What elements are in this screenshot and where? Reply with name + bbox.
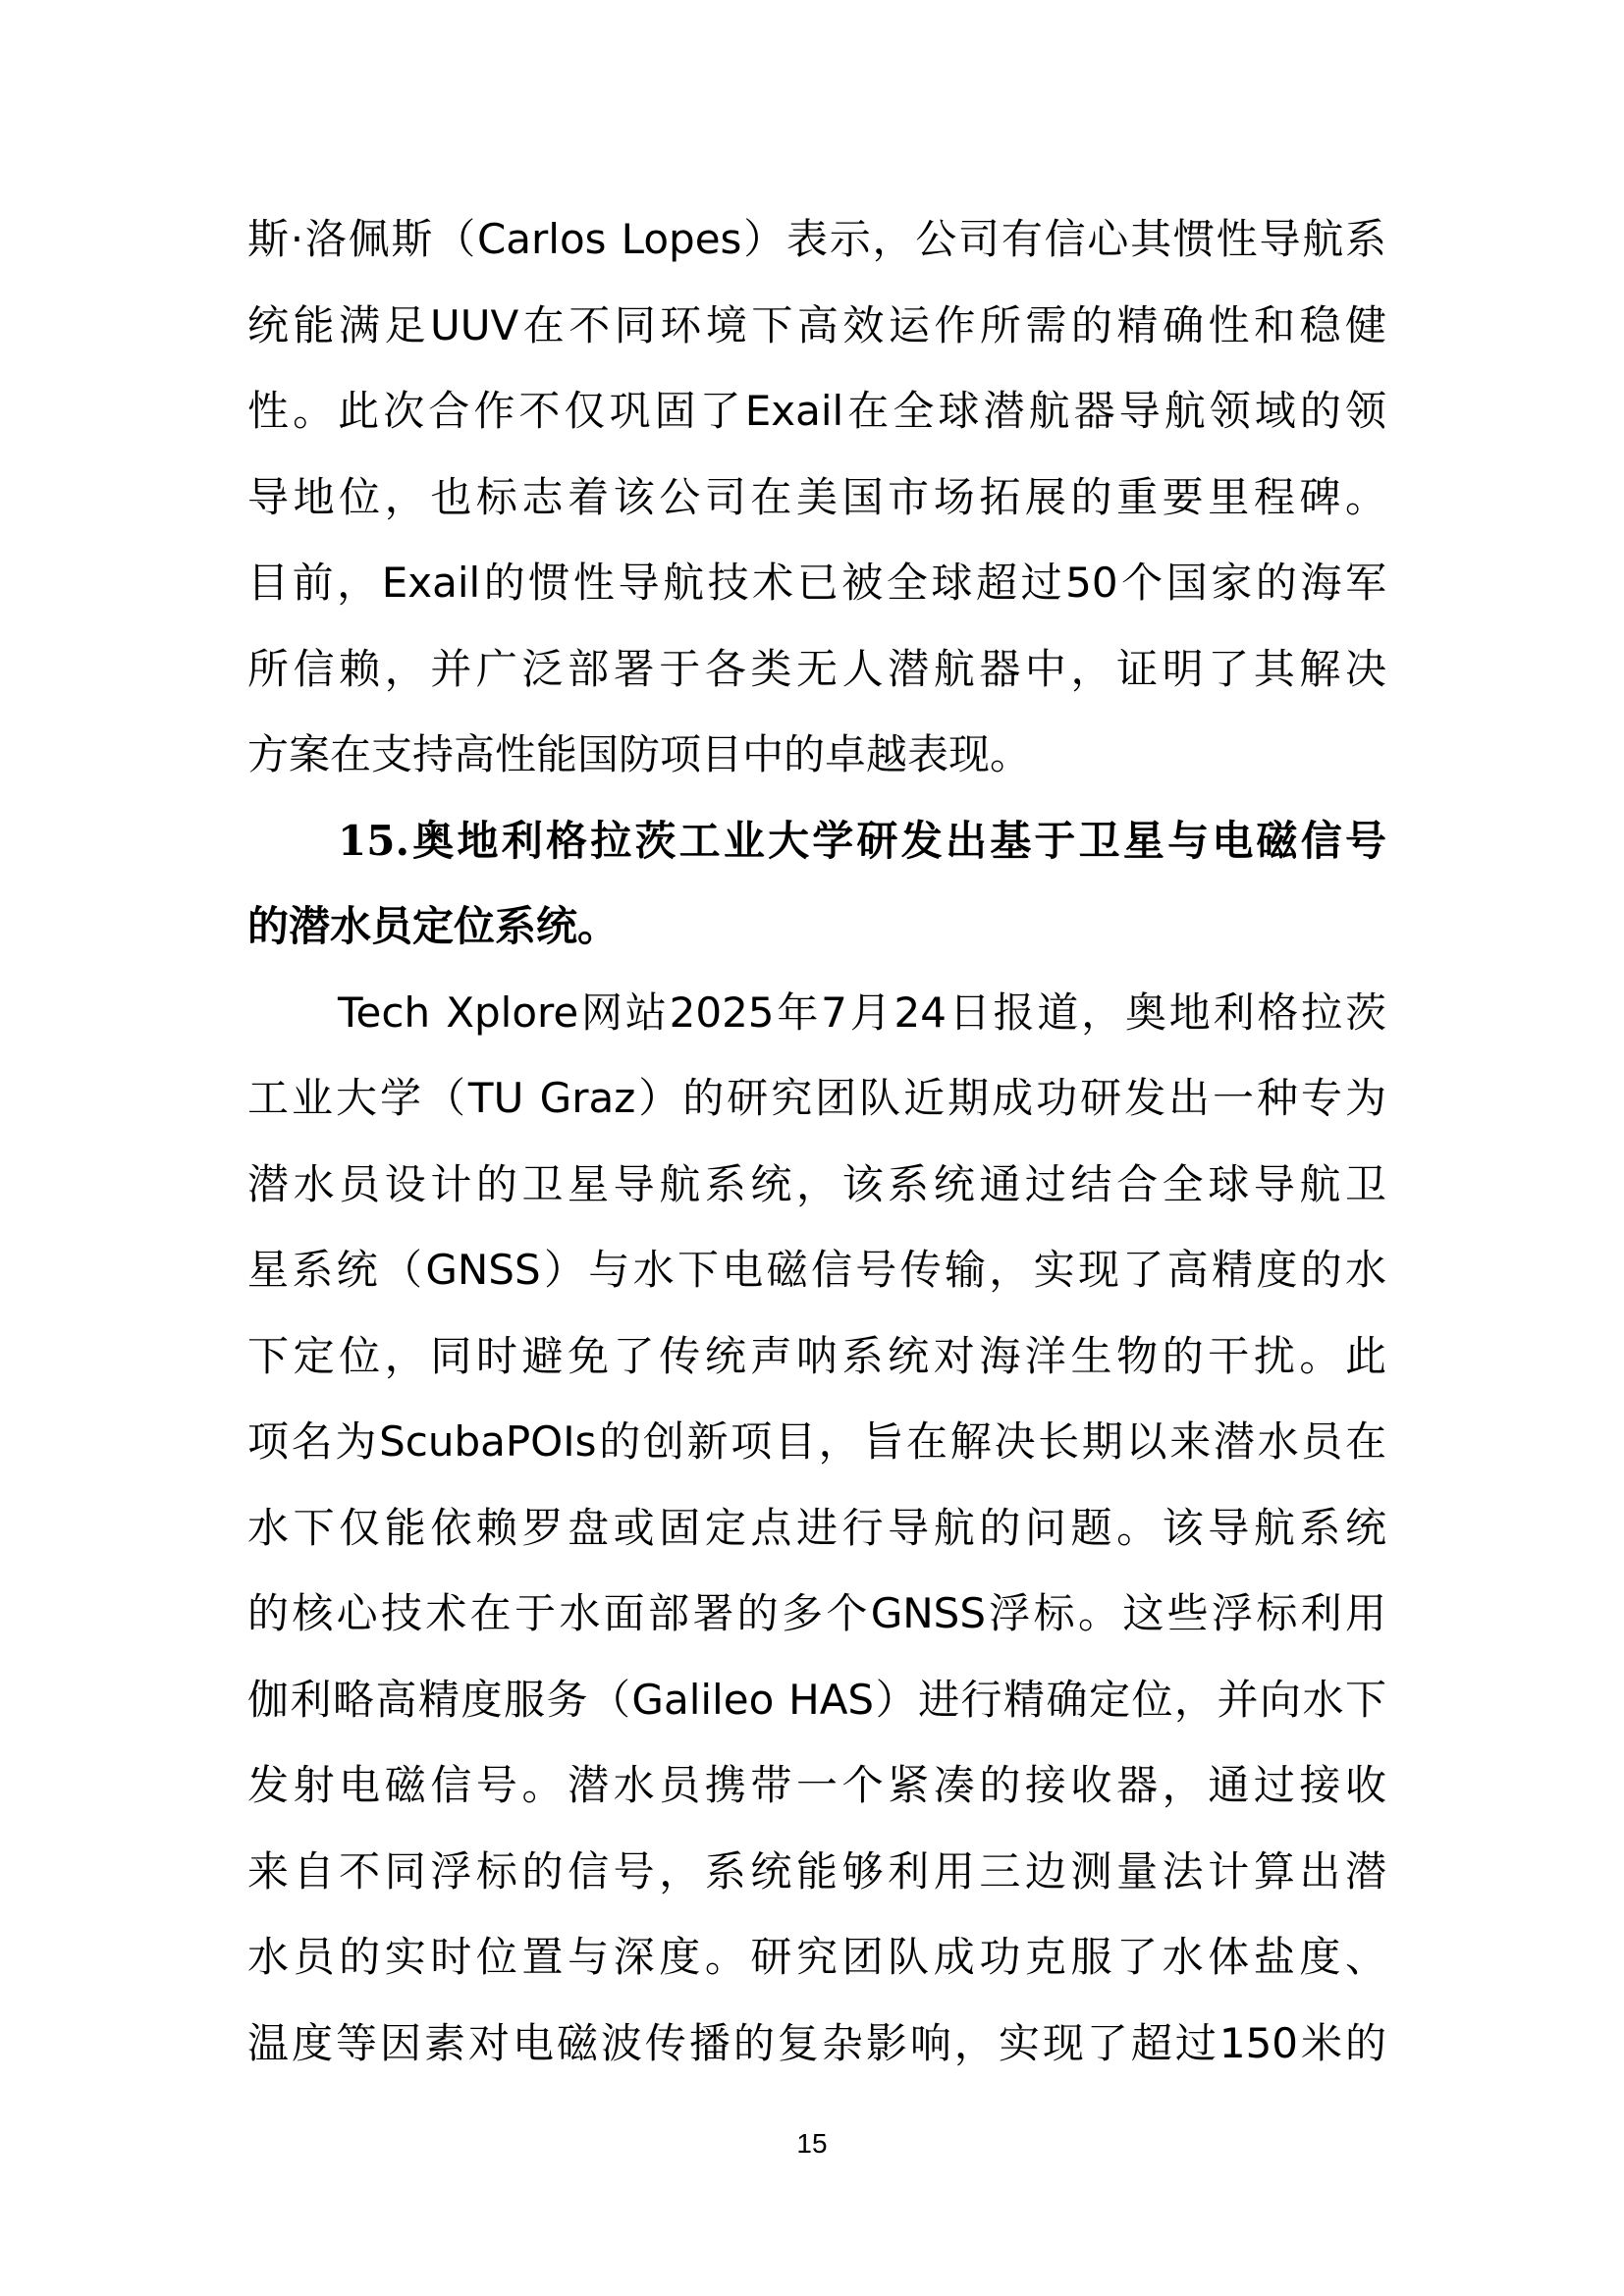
text-line: 伽利略高精度服务（Galileo HAS）进行精确定位，并向水下 (247, 1657, 1386, 1743)
text-line: 星系统（GNSS）与水下电磁信号传输，实现了高精度的水 (247, 1227, 1386, 1313)
text-line: 导地位，也标志着该公司在美国市场拓展的重要里程碑。 (247, 454, 1386, 541)
text-line: 来自不同浮标的信号，系统能够利用三边测量法计算出潜 (247, 1829, 1386, 1915)
text-line: 方案在支持高性能国防项目中的卓越表现。 (247, 712, 1386, 798)
text-line: 所信赖，并广泛部署于各类无人潜航器中，证明了其解决 (247, 626, 1386, 713)
text-line: 水员的实时位置与深度。研究团队成功克服了水体盐度、 (247, 1914, 1386, 2001)
text-line: 下定位，同时避免了传统声呐系统对海洋生物的干扰。此 (247, 1313, 1386, 1400)
document-page: 斯·洛佩斯（Carlos Lopes）表示，公司有信心其惯性导航系 统能满足UU… (247, 196, 1386, 2086)
text-line: 的核心技术在于水面部署的多个GNSS浮标。这些浮标利用 (247, 1571, 1386, 1657)
text-line: 项名为ScubaPOIs的创新项目，旨在解决长期以来潜水员在 (247, 1399, 1386, 1485)
text-line: 斯·洛佩斯（Carlos Lopes）表示，公司有信心其惯性导航系 (247, 196, 1386, 283)
paragraph-continued: 斯·洛佩斯（Carlos Lopes）表示，公司有信心其惯性导航系 统能满足UU… (247, 196, 1386, 798)
text-line: 水下仅能依赖罗盘或固定点进行导航的问题。该导航系统 (247, 1485, 1386, 1572)
text-line: Tech Xplore网站2025年7月24日报道，奥地利格拉茨 (247, 970, 1386, 1056)
page-number: 15 (0, 2128, 1624, 2160)
text-line: 性。此次合作不仅巩固了Exail在全球潜航器导航领域的领 (247, 368, 1386, 454)
heading-line: 15.奥地利格拉茨工业大学研发出基于卫星与电磁信号 (247, 798, 1386, 884)
section-body: Tech Xplore网站2025年7月24日报道，奥地利格拉茨 工业大学（TU… (247, 970, 1386, 2087)
text-line: 发射电磁信号。潜水员携带一个紧凑的接收器，通过接收 (247, 1742, 1386, 1829)
text-line: 工业大学（TU Graz）的研究团队近期成功研发出一种专为 (247, 1055, 1386, 1142)
text-line: 目前，Exail的惯性导航技术已被全球超过50个国家的海军 (247, 540, 1386, 626)
section-heading: 15.奥地利格拉茨工业大学研发出基于卫星与电磁信号 的潜水员定位系统。 (247, 798, 1386, 970)
heading-line: 的潜水员定位系统。 (247, 883, 1386, 970)
text-line: 潜水员设计的卫星导航系统，该系统通过结合全球导航卫 (247, 1142, 1386, 1228)
text-line: 温度等因素对电磁波传播的复杂影响，实现了超过150米的 (247, 2001, 1386, 2087)
text-line: 统能满足UUV在不同环境下高效运作所需的精确性和稳健 (247, 283, 1386, 369)
